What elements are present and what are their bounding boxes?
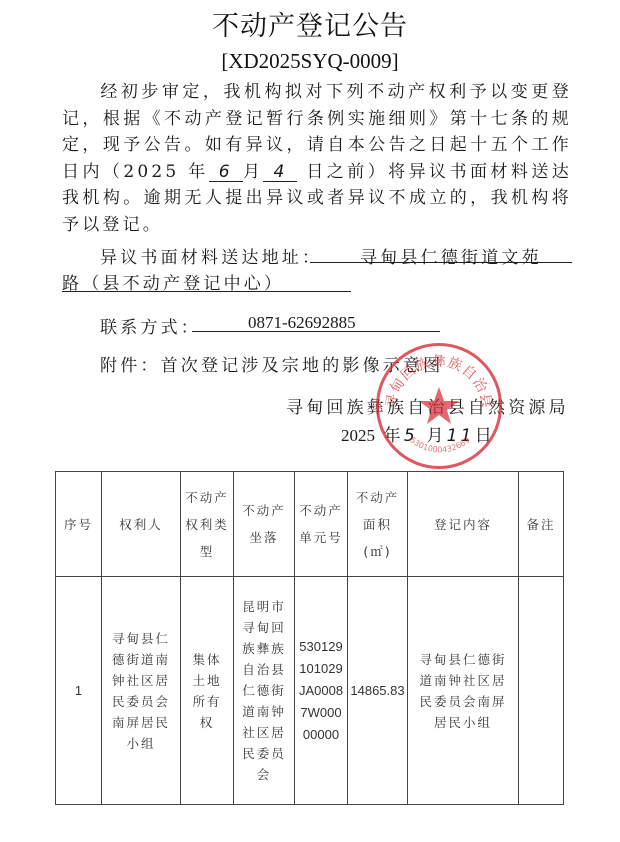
cell-remarks <box>519 577 564 805</box>
contact-phone: 0871-62692885 <box>248 313 356 333</box>
header-content: 登记内容 <box>408 472 519 577</box>
cell-location: 昆明市寻甸回族彝族自治县仁德街道南钟社区居民委员会 <box>234 577 295 805</box>
deadline-month: 6 <box>209 163 243 182</box>
address-label: 异议书面材料送达地址： <box>100 243 322 268</box>
deadline-day: 4 <box>263 163 297 182</box>
address-underline-2 <box>62 291 351 292</box>
month-label: 月 <box>243 162 264 182</box>
notice-title: 不动产登记公告 <box>0 4 620 43</box>
table-row: 1 寻甸县仁德街道南钟社区居民委员会南屏居民小组 集体土地所有权 昆明市寻甸回族… <box>56 577 564 805</box>
cell-unit-number: 530129101029JA00087W00000000 <box>295 577 348 805</box>
notice-body: 经初步审定，我机构拟对下列不动产权利予以变更登记，根据《不动产登记暂行条例实施细… <box>62 79 572 238</box>
issue-day: 11 <box>447 426 475 446</box>
header-index: 序号 <box>56 472 102 577</box>
cell-index: 1 <box>56 577 102 805</box>
cell-area: 14865.83 <box>348 577 408 805</box>
day-label: 日 <box>475 426 495 446</box>
issue-date: 2025 年5 月11日 <box>341 421 495 446</box>
month-label-2: 月 <box>426 426 446 446</box>
header-right-type: 不动产权利类型 <box>181 472 234 577</box>
cell-right-type: 集体土地所有权 <box>181 577 234 805</box>
header-location: 不动产坐落 <box>234 472 295 577</box>
cell-right-holder: 寻甸县仁德街道南钟社区居民委员会南屏居民小组 <box>102 577 181 805</box>
header-area: 不动产面积(㎡) <box>348 472 408 577</box>
address-value-1: 寻甸县仁德街道文苑 <box>360 243 542 268</box>
table-header-row: 序号 权利人 不动产权利类型 不动产坐落 不动产单元号 不动产面积(㎡) 登记内… <box>56 472 564 577</box>
header-unit-number: 不动产单元号 <box>295 472 348 577</box>
header-remarks: 备注 <box>519 472 564 577</box>
header-right-holder: 权利人 <box>102 472 181 577</box>
year-label: 年 <box>384 426 404 446</box>
attachment-note: 附件：首次登记涉及宗地的影像示意图 <box>100 351 443 376</box>
issuer-name: 寻甸回族彝族自治县自然资源局 <box>286 393 569 418</box>
cell-content: 寻甸县仁德街道南钟社区居民委员会南屏居民小组 <box>408 577 519 805</box>
issue-month: 5 <box>404 426 418 446</box>
issue-year: 2025 <box>341 426 375 445</box>
serial-number: [XD2025SYQ-0009] <box>0 49 620 74</box>
contact-label: 联系方式： <box>100 313 201 338</box>
registration-table: 序号 权利人 不动产权利类型 不动产坐落 不动产单元号 不动产面积(㎡) 登记内… <box>55 471 564 805</box>
